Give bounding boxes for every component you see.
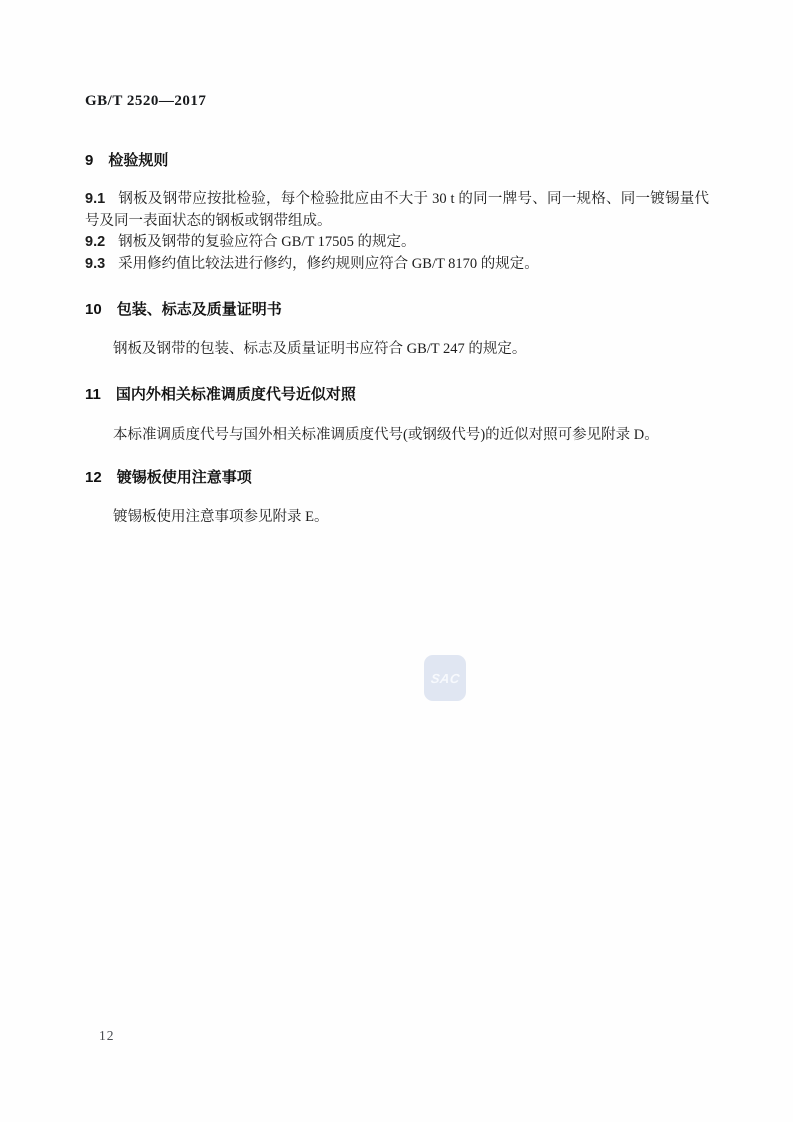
section-9-title: 检验规则 bbox=[108, 152, 168, 169]
clause-9-1-text: 钢板及钢带应按批检验，每个检验批应由不大于 30 t 的同一牌号、同一规格、同一… bbox=[85, 191, 709, 229]
section-10-title: 包装、标志及质量证明书 bbox=[117, 301, 282, 318]
section-12-title: 镀锡板使用注意事项 bbox=[117, 469, 252, 486]
section-11-number: 11 bbox=[85, 386, 101, 403]
section-10-heading: 10包装、标志及质量证明书 bbox=[85, 298, 282, 319]
section-12-paragraph: 镀锡板使用注意事项参见附录 E。 bbox=[113, 507, 713, 529]
section-9-clauses: 9.1钢板及钢带应按批检验，每个检验批应由不大于 30 t 的同一牌号、同一规格… bbox=[85, 189, 709, 275]
section-12-number: 12 bbox=[85, 469, 102, 486]
clause-9-1-number: 9.1 bbox=[85, 191, 105, 207]
section-10-number: 10 bbox=[85, 301, 102, 318]
page-number: 12 bbox=[99, 1028, 115, 1044]
section-12-heading: 12镀锡板使用注意事项 bbox=[85, 466, 252, 487]
section-10-paragraph: 钢板及钢带的包装、标志及质量证明书应符合 GB/T 247 的规定。 bbox=[113, 339, 713, 361]
clause-9-1: 9.1钢板及钢带应按批检验，每个检验批应由不大于 30 t 的同一牌号、同一规格… bbox=[85, 189, 709, 232]
clause-9-2-text: 钢板及钢带的复验应符合 GB/T 17505 的规定。 bbox=[118, 234, 415, 250]
clause-9-3-number: 9.3 bbox=[85, 256, 105, 272]
document-header-standard-code: GB/T 2520—2017 bbox=[85, 93, 206, 110]
sac-watermark-text: SAC bbox=[429, 671, 460, 686]
clause-9-3: 9.3采用修约值比较法进行修约，修约规则应符合 GB/T 8170 的规定。 bbox=[85, 254, 709, 276]
clause-9-2-number: 9.2 bbox=[85, 234, 105, 250]
section-9-heading: 9检验规则 bbox=[85, 149, 168, 170]
section-11-paragraph: 本标准调质度代号与国外相关标准调质度代号(或钢级代号)的近似对照可参见附录 D。 bbox=[113, 425, 713, 447]
standard-document-page: GB/T 2520—2017 9检验规则 9.1钢板及钢带应按批检验，每个检验批… bbox=[0, 0, 793, 1122]
sac-watermark-icon: SAC bbox=[424, 655, 466, 701]
clause-9-2: 9.2钢板及钢带的复验应符合 GB/T 17505 的规定。 bbox=[85, 232, 709, 254]
section-9-number: 9 bbox=[85, 152, 93, 169]
clause-9-3-text: 采用修约值比较法进行修约，修约规则应符合 GB/T 8170 的规定。 bbox=[118, 256, 539, 272]
section-11-title: 国内外相关标准调质度代号近似对照 bbox=[116, 386, 356, 403]
section-11-heading: 11国内外相关标准调质度代号近似对照 bbox=[85, 383, 356, 404]
